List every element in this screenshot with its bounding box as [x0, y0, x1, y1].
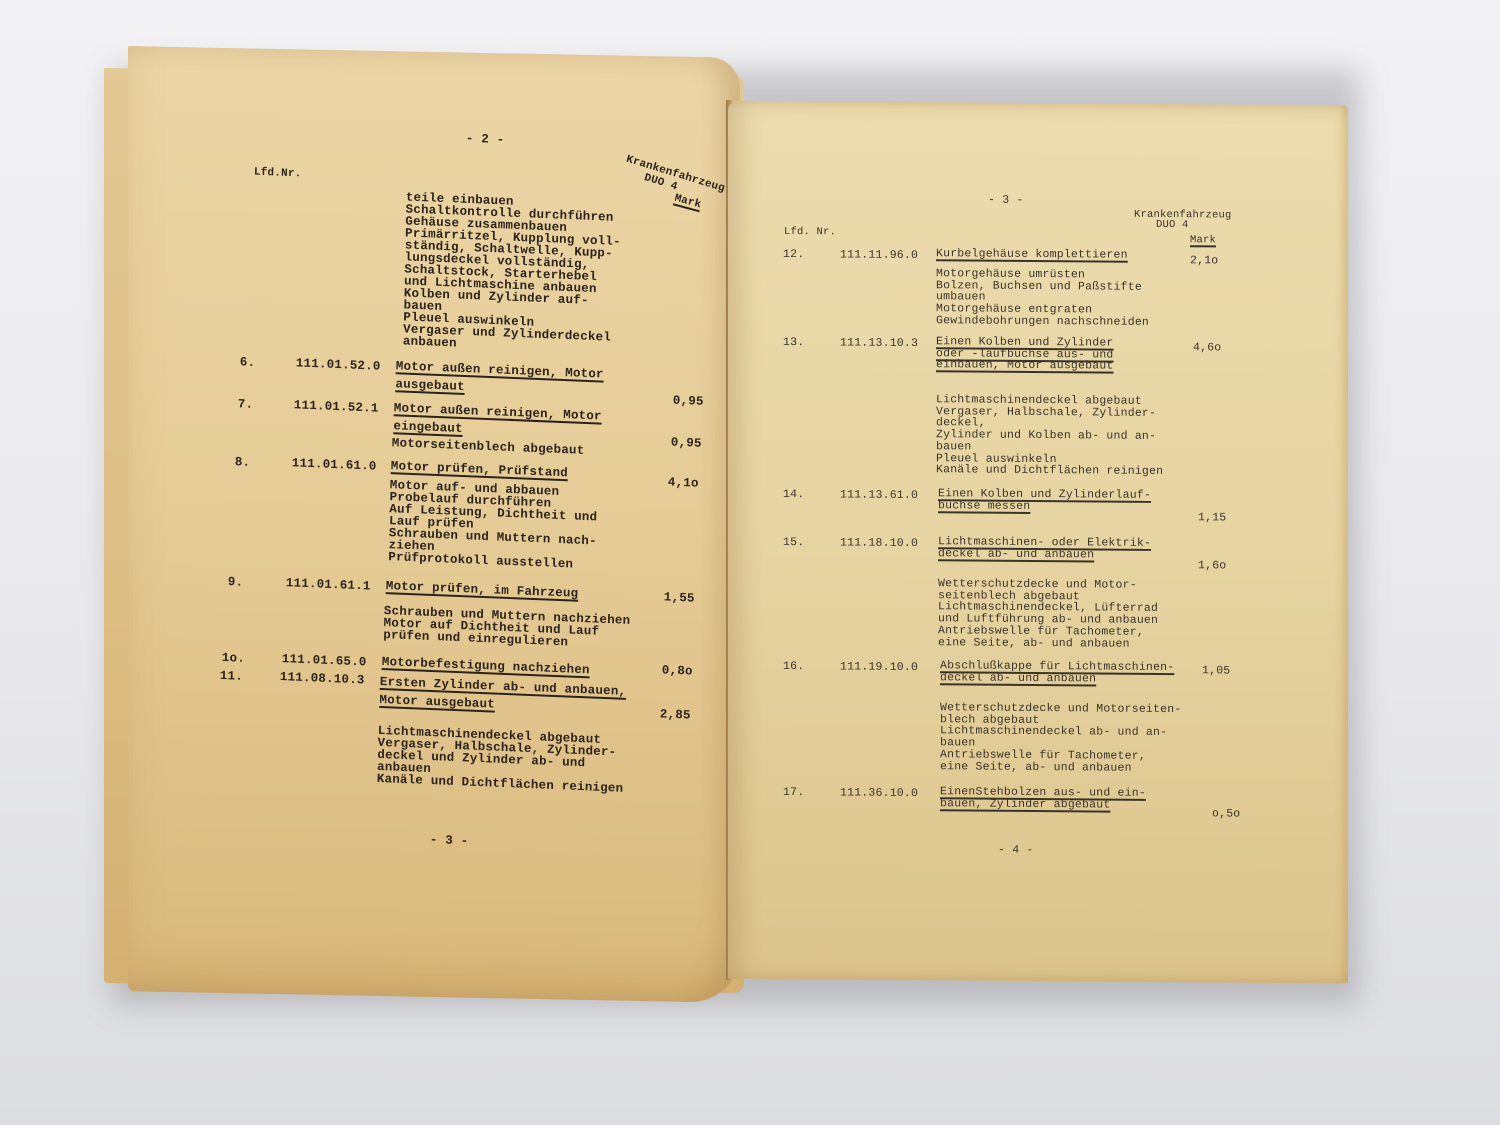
entry-price: 0,8o [662, 664, 693, 677]
entry-details: Lichtmaschinendeckel abgebaut Vergaser, … [936, 394, 1163, 478]
continuation-text: teile einbauen Schaltkontrolle durchführ… [403, 191, 622, 356]
column-header-currency: Mark [673, 193, 702, 212]
entry-code: 111.11.96.0 [840, 249, 918, 261]
entry-price: 4,6o [1193, 342, 1221, 354]
entry-nr: 15. [783, 537, 804, 549]
page-number-bottom: - 4 - [998, 845, 1034, 857]
entry-price: 1,55 [664, 591, 695, 604]
entry-details: Wetterschutzdecke und Motor- seitenblech… [938, 578, 1158, 650]
entry-nr: 8. [235, 456, 251, 469]
entry-title: Lichtmaschinen- oder Elektrik- deckel ab… [938, 536, 1151, 561]
entry-nr: 7. [238, 398, 254, 411]
entry-price: o,5o [1212, 808, 1240, 820]
entry-price: 4,1o [668, 476, 699, 489]
entry-price: 1,15 [1198, 512, 1226, 524]
entry-code: 111.19.10.0 [840, 661, 918, 673]
entry-nr: 6. [240, 356, 256, 369]
entry-title: Einen Kolben und Zylinderlauf- buchse me… [938, 488, 1151, 513]
entry-code: 111.01.52.0 [296, 357, 381, 372]
entry-code: 111.36.10.0 [840, 787, 918, 799]
entry-details: Schrauben und Muttern nachziehen Motor a… [383, 605, 630, 651]
entry-code: 111.01.52.1 [294, 399, 379, 414]
entry-nr: 14. [783, 489, 804, 501]
entry-nr: 9. [228, 576, 244, 589]
entry-code: 111.01.61.1 [286, 577, 371, 592]
column-header-model: DUO 4 [1156, 220, 1189, 232]
entry-price: 0,95 [673, 395, 704, 408]
entry-title: Ersten Zylinder ab- und anbauen, Motor a… [379, 673, 626, 719]
page-number-top: - 3 - [988, 195, 1024, 207]
entry-title: Motor außen reinigen, Motor ausgebaut [395, 357, 604, 401]
entry-nr: 13. [783, 337, 804, 349]
entry-title: Abschlußkappe für Lichtmaschinen- deckel… [940, 660, 1174, 685]
entry-code: 111.13.10.3 [840, 337, 918, 349]
entry-nr: 12. [783, 249, 804, 261]
column-header-currency: Mark [1190, 234, 1216, 246]
entry-code: 111.18.10.0 [840, 537, 918, 549]
entry-code: 111.13.61.0 [840, 489, 918, 501]
entry-title: Einen Kolben und Zylinder oder -laufbuch… [936, 336, 1114, 373]
left-page: - 2 - Lfd.Nr. Krankenfahrzeug DUO 4 Mark… [128, 46, 740, 1003]
column-header-index: Lfd.Nr. [254, 167, 302, 181]
entry-price: 1,6o [1198, 560, 1226, 572]
entry-nr: 1o. [222, 652, 245, 665]
page-number-top: - 2 - [466, 133, 505, 147]
column-header-index: Lfd. Nr. [784, 227, 836, 239]
entry-code: 111.01.65.0 [282, 653, 367, 668]
page-number-bottom: - 3 - [430, 834, 469, 848]
entry-title: Motor prüfen, im Fahrzeug [386, 577, 579, 603]
entry-details: Wetterschutzdecke und Motorseiten- blech… [940, 702, 1181, 774]
entry-details: Lichtmaschinendeckel abgebaut Vergaser, … [377, 725, 625, 795]
entry-price: 2,85 [660, 708, 691, 721]
entry-title: EinenStehbolzen aus- und ein- bauen, Zyl… [940, 786, 1146, 811]
entry-details: Motor auf- und abbauen Probelauf durchfü… [388, 479, 598, 571]
entry-nr: 11. [220, 670, 243, 683]
entry-price: 2,1o [1190, 255, 1218, 267]
entry-price: 0,95 [671, 437, 702, 450]
entry-nr: 17. [783, 787, 804, 799]
entry-code: 111.08.10.3 [280, 671, 365, 686]
entry-code: 111.01.61.0 [292, 457, 377, 472]
entry-title: Kurbelgehäuse komplettieren [936, 248, 1128, 261]
entry-price: 1,05 [1202, 665, 1230, 677]
right-page: - 3 - Krankenfahrzeug DUO 4 Lfd. Nr. Mar… [728, 101, 1348, 984]
entry-nr: 16. [783, 661, 804, 673]
entry-details: Motorgehäuse umrüsten Bolzen, Buchsen un… [936, 268, 1149, 328]
